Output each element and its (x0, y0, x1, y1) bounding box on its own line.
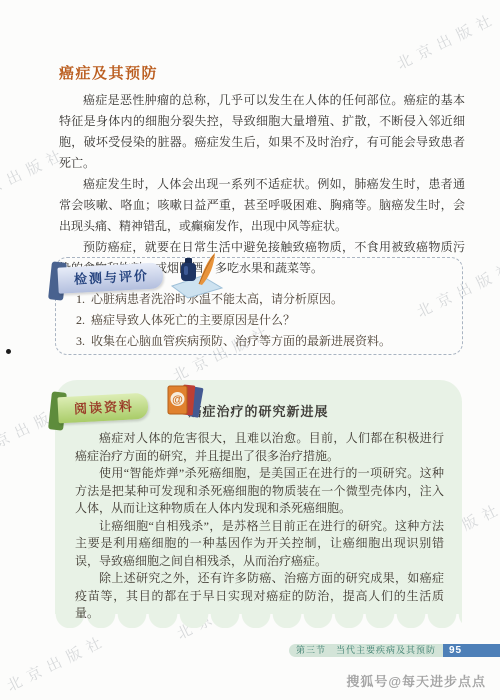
reading-paragraph: 除上述研究之外，还有许多防癌、治癌方面的研究成果，如癌症疫苗等，其目的都在于早日… (75, 570, 444, 623)
watermark-sohu: 搜狐号@每天进步点点 (0, 671, 486, 690)
question-number: 2. (76, 310, 85, 331)
textbook-page: 北京出版社 北京出版社 北京出版社 北京出版社 北京出版社 北京出版社 北京出版… (0, 0, 500, 700)
question-text: 收集在心脑血管疾病预防、治疗等方面的最新进展资料。 (91, 331, 391, 352)
footer-page-number: 95 (443, 644, 500, 657)
body-paragraph: 癌症是恶性肿瘤的总称，几乎可以发生在人体的任何部位。癌症的基本特征是身体内的细胞… (59, 90, 465, 174)
question-number: 3. (76, 331, 85, 352)
assessment-question: 3. 收集在心脑血管疾病预防、治疗等方面的最新进展资料。 (76, 331, 448, 352)
svg-text:@: @ (172, 394, 183, 406)
books-icon: @ (160, 382, 208, 426)
watermark-publisher: 北京出版社 (393, 7, 500, 74)
assessment-ribbon-label: 检测与评价 (57, 262, 163, 293)
body-text: 癌症是恶性肿瘤的总称，几乎可以发生在人体的任何部位。癌症的基本特征是身体内的细胞… (59, 90, 465, 279)
reading-text: 癌症对人体的危害很大，且难以治愈。目前，人们都在积极进行癌症治疗方面的研究，并且… (75, 430, 444, 623)
margin-bullet-dot (6, 349, 11, 354)
reading-paragraph: 使用“智能炸弹”杀死癌细胞，是美国正在进行的一项研究。这种方法是把某种可发现和杀… (75, 465, 444, 518)
question-text: 癌症导致人体死亡的主要原因是什么？ (91, 310, 295, 331)
assessment-ribbon: 检测与评价 (48, 258, 238, 304)
assessment-question: 2. 癌症导致人体死亡的主要原因是什么？ (76, 310, 448, 331)
reading-paragraph: 让癌细胞“自相残杀”，是苏格兰目前正在进行的研究。这种方法主要是利用癌细胞的一种… (75, 518, 444, 571)
footer-section-label: 第三节 当代主要疾病及其预防 (289, 644, 443, 657)
ink-bottle-quill-icon (166, 250, 226, 300)
reading-paragraph: 癌症对人体的危害很大，且难以治愈。目前，人们都在积极进行癌症治疗方面的研究，并且… (75, 430, 444, 465)
page-title: 癌症及其预防 (59, 62, 158, 83)
reading-ribbon: 阅读资料 @ (48, 388, 238, 434)
body-paragraph: 癌症发生时，人体会出现一系列不适症状。例如，肺癌发生时，患者通常会咳嗽、咯血；咳… (59, 174, 465, 237)
reading-ribbon-label: 阅读资料 (57, 393, 148, 424)
